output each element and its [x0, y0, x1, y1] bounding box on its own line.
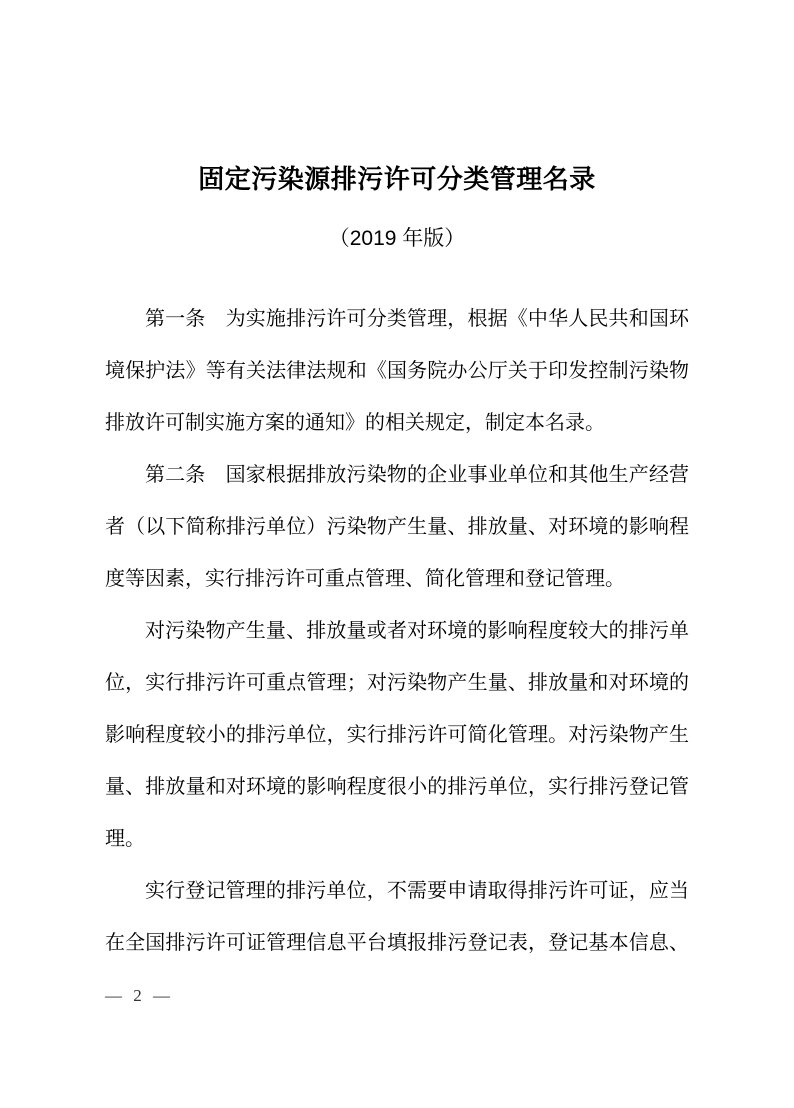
- document-subtitle: （2019 年版）: [0, 226, 794, 251]
- paragraph-3-line-4: 量、排放量和对环境的影响程度很小的排污单位，实行排污登记管: [105, 761, 689, 813]
- paragraph-3-line-2: 位，实行排污许可重点管理；对污染物产生量、排放量和对环境的: [105, 657, 689, 709]
- paragraph-4: 实行登记管理的排污单位，不需要申请取得排污许可证，应当 在全国排污许可证管理信息…: [105, 865, 689, 969]
- paragraph-3-line-5: 理。: [105, 813, 689, 865]
- page-footer: — 2 —: [105, 986, 170, 1006]
- paragraph-2-line-3: 度等因素，实行排污许可重点管理、简化管理和登记管理。: [105, 553, 689, 605]
- paragraph-2: 第二条 国家根据排放污染物的企业事业单位和其他生产经营 者（以下简称排污单位）污…: [105, 449, 689, 605]
- paragraph-2-line-1: 第二条 国家根据排放污染物的企业事业单位和其他生产经营: [105, 449, 689, 501]
- paragraph-4-line-2: 在全国排污许可证管理信息平台填报排污登记表，登记基本信息、: [105, 917, 689, 969]
- paragraph-3-line-3: 影响程度较小的排污单位，实行排污许可简化管理。对污染物产生: [105, 709, 689, 761]
- paragraph-4-line-1: 实行登记管理的排污单位，不需要申请取得排污许可证，应当: [105, 865, 689, 917]
- paragraph-2-line-2: 者（以下简称排污单位）污染物产生量、排放量、对环境的影响程: [105, 501, 689, 553]
- paragraph-3: 对污染物产生量、排放量或者对环境的影响程度较大的排污单 位，实行排污许可重点管理…: [105, 605, 689, 865]
- paragraph-1: 第一条 为实施排污许可分类管理，根据《中华人民共和国环 境保护法》等有关法律法规…: [105, 293, 689, 449]
- document-page: 固定污染源排污许可分类管理名录 （2019 年版） 第一条 为实施排污许可分类管…: [0, 0, 794, 1108]
- document-body: 第一条 为实施排污许可分类管理，根据《中华人民共和国环 境保护法》等有关法律法规…: [105, 293, 689, 969]
- paragraph-1-line-1: 第一条 为实施排污许可分类管理，根据《中华人民共和国环: [105, 293, 689, 345]
- paragraph-1-line-2: 境保护法》等有关法律法规和《国务院办公厅关于印发控制污染物: [105, 345, 689, 397]
- page-number-label: — 2 —: [105, 986, 170, 1005]
- paragraph-3-line-1: 对污染物产生量、排放量或者对环境的影响程度较大的排污单: [105, 605, 689, 657]
- document-title: 固定污染源排污许可分类管理名录: [0, 164, 794, 194]
- paragraph-1-line-3: 排放许可制实施方案的通知》的相关规定，制定本名录。: [105, 397, 689, 449]
